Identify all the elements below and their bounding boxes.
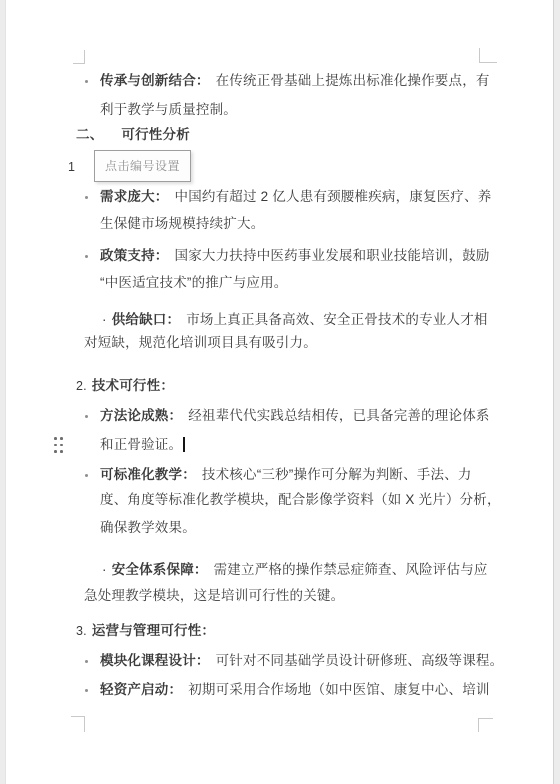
run-label: 可标准化教学： <box>100 467 196 482</box>
run-text: 技术核心“三秒”操作可分解为判断、手法、力 <box>202 467 472 482</box>
run-label: 方法论成熟： <box>100 408 182 423</box>
text-caret <box>183 437 185 452</box>
heading-title: 可行性分析 <box>121 127 190 142</box>
margin-mark-top-left-icon <box>73 50 85 64</box>
text-line: ·供给缺口：市场上真正具备高效、安全正骨技术的专业人才相 <box>102 311 488 329</box>
run-text: 中国约有超过 2 亿人患有颈腰椎疾病，康复医疗、养 <box>175 189 492 204</box>
inline-bullet: · <box>102 312 107 327</box>
run-label: 轻资产启动： <box>100 682 182 697</box>
run-text: 利于教学与质量控制。 <box>100 102 237 117</box>
bullet-marker-icon <box>85 474 88 477</box>
text-line: ·安全体系保障：需建立严格的操作禁忌症筛查、风险评估与应 <box>102 561 488 579</box>
bullet-marker-icon <box>85 196 88 199</box>
run-label: 技术可行性： <box>92 378 174 393</box>
list-number: 3. <box>76 624 87 638</box>
text-line: 生保健市场规模持续扩大。 <box>100 215 264 233</box>
run-label: 运营与管理可行性： <box>92 623 215 638</box>
run-text: 生保健市场规模持续扩大。 <box>100 216 264 231</box>
run-text: 初期可采用合作场地（如中医馆、康复中心、培训 <box>188 682 489 697</box>
run-text: 在传统正骨基础上提炼出标准化操作要点，有 <box>216 73 490 88</box>
text-line: 政策支持：国家大力扶持中医药事业发展和职业技能培训，鼓励 <box>100 247 490 265</box>
list-number: 1 <box>68 160 75 174</box>
text-line: 模块化课程设计：可针对不同基础学员设计研修班、高级等课程。 <box>100 652 503 670</box>
run-text: “中医适宜技术”的推广与应用。 <box>100 275 288 290</box>
run-text: 度、角度等标准化教学模块，配合影像学资料（如 X 光片）分析， <box>100 492 501 507</box>
text-line: 和正骨验证。 <box>100 436 185 454</box>
run-text: 急处理教学模块，这是培训可行性的关键。 <box>84 588 344 603</box>
run-label: 安全体系保障： <box>112 562 208 577</box>
run-text: 市场上真正具备高效、安全正骨技术的专业人才相 <box>186 312 487 327</box>
inline-bullet: · <box>102 562 107 577</box>
document-canvas: 传承与创新结合：在传统正骨基础上提炼出标准化操作要点，有 利于教学与质量控制。 … <box>0 0 560 784</box>
run-text: 需建立严格的操作禁忌症筛查、风险评估与应 <box>214 562 488 577</box>
text-line: 度、角度等标准化教学模块，配合影像学资料（如 X 光片）分析， <box>100 491 501 509</box>
bullet-marker-icon <box>85 689 88 692</box>
run-text: 国家大力扶持中医药事业发展和职业技能培训，鼓励 <box>175 248 490 263</box>
numbering-settings-tooltip[interactable]: 点击编号设置 <box>94 150 191 182</box>
paragraph-drag-handle-icon[interactable] <box>54 437 63 454</box>
bullet-marker-icon <box>85 255 88 258</box>
text-line: “中医适宜技术”的推广与应用。 <box>100 274 288 292</box>
bullet-marker-icon <box>85 80 88 83</box>
text-line: 需求庞大：中国约有超过 2 亿人患有颈腰椎疾病，康复医疗、养 <box>100 188 492 206</box>
text-line: 1 <box>68 158 80 176</box>
run-label: 模块化课程设计： <box>100 653 210 668</box>
run-text: 对短缺，规范化培训项目具有吸引力。 <box>84 335 317 350</box>
text-line: 急处理教学模块，这是培训可行性的关键。 <box>84 587 344 605</box>
run-text: 和正骨验证。 <box>100 437 182 452</box>
run-label: 政策支持： <box>100 248 169 263</box>
run-label: 供给缺口： <box>112 312 181 327</box>
run-text: 经祖辈代代实践总结相传，已具备完善的理论体系 <box>188 408 489 423</box>
run-label: 需求庞大： <box>100 189 169 204</box>
heading-number: 二、 <box>76 127 103 142</box>
margin-mark-top-right-icon <box>479 48 497 63</box>
run-label: 传承与创新结合： <box>100 73 210 88</box>
text-line: 对短缺，规范化培训项目具有吸引力。 <box>84 334 317 352</box>
text-line: 利于教学与质量控制。 <box>100 101 237 119</box>
bullet-marker-icon <box>85 660 88 663</box>
margin-mark-bottom-right-icon <box>478 718 493 732</box>
margin-mark-bottom-left-icon <box>71 716 85 732</box>
text-line: 2.技术可行性： <box>76 377 180 395</box>
text-line: 轻资产启动：初期可采用合作场地（如中医馆、康复中心、培训 <box>100 681 490 699</box>
text-line: 方法论成熟：经祖辈代代实践总结相传，已具备完善的理论体系 <box>100 407 490 425</box>
bullet-marker-icon <box>85 415 88 418</box>
list-number: 2. <box>76 379 87 393</box>
page: 传承与创新结合：在传统正骨基础上提炼出标准化操作要点，有 利于教学与质量控制。 … <box>5 0 554 784</box>
text-line: 3.运营与管理可行性： <box>76 622 221 640</box>
text-line: 传承与创新结合：在传统正骨基础上提炼出标准化操作要点，有 <box>100 72 490 90</box>
run-text: 可针对不同基础学员设计研修班、高级等课程。 <box>216 653 504 668</box>
section-heading: 二、可行性分析 <box>76 126 190 144</box>
text-line: 确保教学效果。 <box>100 519 196 537</box>
text-line: 可标准化教学：技术核心“三秒”操作可分解为判断、手法、力 <box>100 466 472 484</box>
run-text: 确保教学效果。 <box>100 520 196 535</box>
